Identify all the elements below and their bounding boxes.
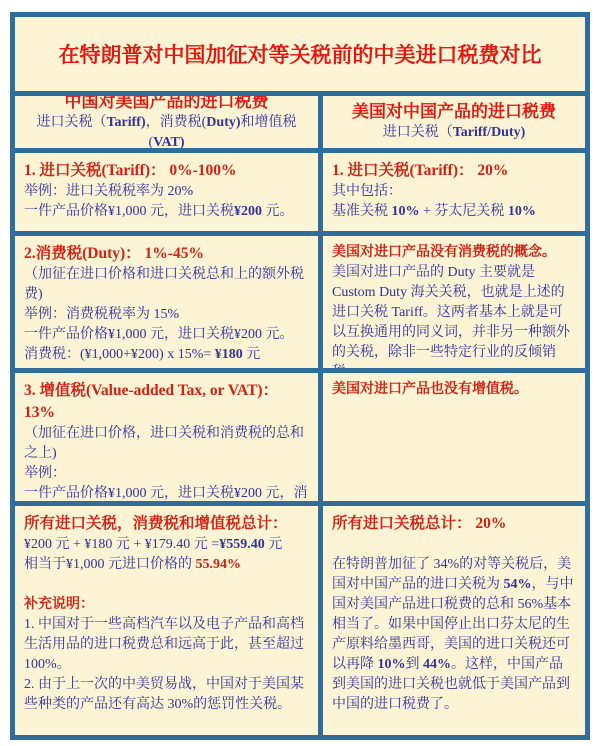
text-line: ¥200 元 + ¥180 元 + ¥179.40 元 =¥559.40 元 [24, 535, 309, 555]
text-line [24, 575, 309, 595]
text-line [332, 535, 576, 555]
text-line: 2. 由于上一次的中美贸易战，中国对于美国某些种类的产品还有高达 30%的惩罚性… [24, 675, 309, 715]
text-line: 举例：进口关税税率为 20% [24, 182, 309, 202]
column-header-china-subtitle: 进口关税（Tariff)，消费税(Duty)和增值税(VAT) [24, 113, 309, 148]
column-header-usa-subtitle: 进口关税（Tariff/Duty) [383, 123, 526, 143]
text-line: 相当于¥1,000 元进口价格的 55.94% [24, 555, 309, 575]
cell-usa-duty: 美国对进口产品没有消费税的概念。美国对进口产品的 Duty 主要就是 Custo… [323, 236, 585, 368]
text-line: 补充说明： [24, 595, 309, 615]
page: 在特朗普对中国加征对等关税前的中美进口税费对比 中国对美国产品的进口税费 进口关… [0, 0, 600, 746]
comparison-table: 在特朗普对中国加征对等关税前的中美进口税费对比 中国对美国产品的进口税费 进口关… [10, 12, 590, 740]
table-title: 在特朗普对中国加征对等关税前的中美进口税费对比 [15, 17, 585, 91]
text-line: 一件产品价格¥1,000 元，进口关税¥200 元，消费税¥180 元。 [24, 484, 309, 501]
text-line: 其中包括： [332, 182, 576, 202]
text-line: 1. 中国对于一些高档汽车以及电子产品和高档生活用品的进口税费总和远高于此，甚至… [24, 615, 309, 675]
text-line: 消费税：(¥1,000+¥200) x 15%= ¥180 元 [24, 345, 309, 365]
text-line: （加征在进口价格，进口关税和消费税的总和之上) [24, 424, 309, 464]
text-line: 一件产品价格¥1,000 元，进口关税¥200 元。 [24, 202, 309, 222]
cell-china-duty: 2.消费税(Duty)： 1%-45%（加征在进口价格和进口关税总和上的额外税费… [15, 236, 318, 368]
text-line: 在特朗普加征了 34%的对等关税后，美国对中国产品的进口关税为 54%，与中国对… [332, 555, 576, 715]
table-title-text: 在特朗普对中国加征对等关税前的中美进口税费对比 [59, 39, 542, 69]
column-header-usa-title: 美国对中国产品的进口税费 [352, 101, 556, 124]
cell-usa-tariff: 1. 进口关税(Tariff)： 20%其中包括：基准关税 10% + 芬太尼关… [323, 153, 585, 231]
text-line: （加征在进口价格和进口关税总和上的额外税费) [24, 265, 309, 305]
text-line: 所有进口关税，消费税和增值税总计： [24, 513, 309, 535]
text-line: 举例： [24, 464, 309, 484]
cell-china-vat: 3. 增值税(Value-added Tax, or VAT)： 13%（加征在… [15, 373, 318, 501]
text-line: 所有进口关税总计： 20% [332, 513, 576, 535]
text-line: (注：这仅仅是简化版的估算，实际算法更复杂，税费更高。) [24, 365, 309, 368]
text-line: 基准关税 10% + 芬太尼关税 10% [332, 202, 576, 222]
text-line: 一件产品价格¥1,000 元，进口关税¥200 元。 [24, 325, 309, 345]
text-line: 3. 增值税(Value-added Tax, or VAT)： 13% [24, 380, 309, 424]
text-line: 举例：消费税税率为 15% [24, 305, 309, 325]
cell-china-tariff: 1. 进口关税(Tariff)： 0%-100%举例：进口关税税率为 20%一件… [15, 153, 318, 231]
text-line: 美国对进口产品的 Duty 主要就是 Custom Duty 海关关税，也就是上… [332, 263, 576, 368]
text-line: 进口关税（Tariff/Duty) [383, 123, 526, 143]
cell-usa-total: 所有进口关税总计： 20% 在特朗普加征了 34%的对等关税后，美国对中国产品的… [323, 506, 585, 735]
column-header-usa: 美国对中国产品的进口税费 进口关税（Tariff/Duty) [323, 96, 585, 148]
text-line: 1. 进口关税(Tariff)： 0%-100% [24, 160, 309, 182]
text-line: 美国对进口产品没有消费税的概念。 [332, 243, 576, 263]
text-line: 进口关税（Tariff)，消费税(Duty)和增值税(VAT) [24, 113, 309, 148]
text-line: 2.消费税(Duty)： 1%-45% [24, 243, 309, 265]
text-line: 1. 进口关税(Tariff)： 20% [332, 160, 576, 182]
column-header-china-title: 中国对美国产品的进口税费 [65, 96, 269, 113]
column-header-china: 中国对美国产品的进口税费 进口关税（Tariff)，消费税(Duty)和增值税(… [15, 96, 318, 148]
text-line: 美国对进口产品也没有增值税。 [332, 380, 576, 400]
cell-china-total: 所有进口关税，消费税和增值税总计：¥200 元 + ¥180 元 + ¥179.… [15, 506, 318, 735]
cell-usa-vat: 美国对进口产品也没有增值税。 [323, 373, 585, 501]
